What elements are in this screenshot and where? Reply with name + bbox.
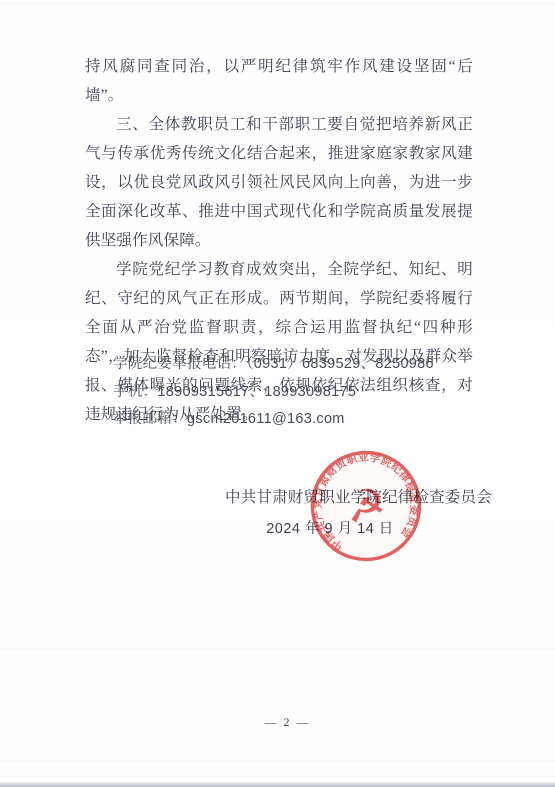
signature-block: 中共甘肃财贸职业学院纪律检查委员会 2024 年 9 月 14 日: [225, 487, 483, 539]
mobile-line: 手机：18909315617、18993098175: [113, 379, 434, 407]
document-page: 持风腐同查同治，以严明纪律筑牢作风建设坚固“后墙”。 三、全体教职员工和干部职工…: [0, 0, 555, 787]
page-number: — 2 —: [0, 715, 555, 730]
signature-org: 中共甘肃财贸职业学院纪律检查委员会: [225, 487, 483, 509]
scan-streak: [0, 2, 555, 5]
scan-streak: [0, 760, 555, 762]
contact-block: 学院纪委举报电话：（0931）6839529、8250986 手机：189093…: [113, 351, 434, 434]
scan-streak: [0, 648, 555, 650]
paragraph-continuation: 持风腐同查同治，以严明纪律筑牢作风建设坚固“后墙”。: [85, 52, 473, 110]
email-line: 举报邮箱：gscm201611@163.com: [113, 406, 434, 434]
paragraph-item-three: 三、全体教职员工和干部职工要自觉把培养新风正气与传承优秀传统文化结合起来，推进家…: [85, 110, 473, 255]
scan-edge-bottom: [0, 782, 555, 787]
signature-date: 2024 年 9 月 14 日: [225, 519, 483, 539]
hotline-line: 学院纪委举报电话：（0931）6839529、8250986: [113, 351, 434, 379]
